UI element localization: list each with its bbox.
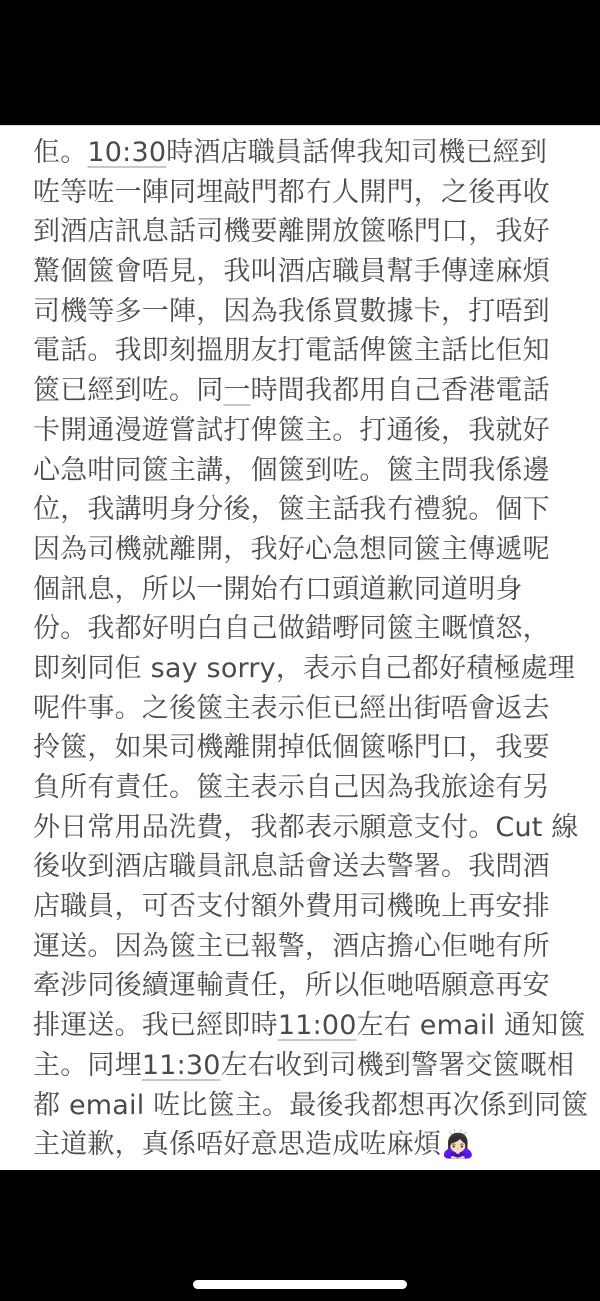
- text-line: 排運送。我已經即時11:00左右 email 通知篋: [33, 1006, 567, 1046]
- text-segment: 外日常用品洗費，我都表示願意支付。Cut 線: [33, 812, 579, 843]
- text-line: 咗等咗一陣同埋敲門都冇人開門，之後再收: [33, 173, 567, 213]
- bowing-woman-emoji: 🙇🏻‍♀️: [441, 1129, 475, 1160]
- phone-screenshot: 佢。10:30時酒店職員話俾我知司機已經到咗等咗一陣同埋敲門都冇人開門，之後再收…: [0, 0, 600, 1301]
- text-line: 外日常用品洗費，我都表示願意支付。Cut 線: [33, 808, 567, 848]
- text-segment: 電話。我即刻搵朋友打電話俾篋主話比佢知: [33, 335, 550, 366]
- text-line: 份。我都好明白自己做錯嘢同篋主嘅憤怒，: [33, 609, 567, 649]
- text-line: 篋已經到咗。同一時間我都用自己香港電話: [33, 371, 567, 411]
- text-line: 佢。10:30時酒店職員話俾我知司機已經到: [33, 133, 567, 173]
- text-line: 運送。因為篋主已報警，酒店擔心佢哋有所: [33, 927, 567, 967]
- underlined-text: 11:00: [278, 1010, 357, 1041]
- text-segment: 牽涉同後續運輸責任，所以佢哋唔願意再安: [33, 970, 550, 1001]
- text-segment: 驚個篋會唔見，我叫酒店職員幫手傳達麻煩: [33, 256, 550, 287]
- text-segment: 份。我都好明白自己做錯嘢同篋主嘅憤怒，: [33, 613, 550, 644]
- underlined-text: 一: [223, 375, 250, 406]
- text-segment: 位，我講明身分後，篋主話我冇禮貌。個下: [33, 494, 550, 525]
- text-segment: 到酒店訊息話司機要離開放篋喺門口，我好: [33, 216, 550, 247]
- text-line: 電話。我即刻搵朋友打電話俾篋主話比佢知: [33, 331, 567, 371]
- text-line: 拎篋，如果司機離開掉低個篋喺門口，我要: [33, 728, 567, 768]
- top-letterbox-bar: [0, 0, 600, 126]
- text-segment: 司機等多一陣，因為我係買數據卡，打唔到: [33, 296, 550, 327]
- bottom-letterbox-bar: [0, 1170, 600, 1301]
- underlined-text: 10:30: [87, 137, 166, 168]
- text-segment: 個訊息，所以一開始冇口頭道歉同道明身: [33, 574, 523, 605]
- text-line: 司機等多一陣，因為我係買數據卡，打唔到: [33, 292, 567, 332]
- text-segment: 後收到酒店職員訊息話會送去警署。我問酒: [33, 851, 550, 882]
- text-segment: 拎篋，如果司機離開掉低個篋喺門口，我要: [33, 732, 550, 763]
- text-line: 個訊息，所以一開始冇口頭道歉同道明身: [33, 570, 567, 610]
- text-segment: 卡開通漫遊嘗試打俾篋主。打通後，我就好: [33, 415, 550, 446]
- text-segment: 店職員，可否支付額外費用司機晚上再安排: [33, 891, 550, 922]
- text-line: 負所有責任。篋主表示自己因為我旅途有另: [33, 768, 567, 808]
- text-segment: 因為司機就離開，我好心急想同篋主傳遞呢: [33, 534, 550, 565]
- text-line: 驚個篋會唔見，我叫酒店職員幫手傳達麻煩: [33, 252, 567, 292]
- text-segment: 咗等咗一陣同埋敲門都冇人開門，之後再收: [33, 177, 550, 208]
- text-line: 即刻同佢 say sorry，表示自己都好積極處理: [33, 649, 567, 689]
- text-line: 卡開通漫遊嘗試打俾篋主。打通後，我就好: [33, 411, 567, 451]
- text-segment: 呢件事。之後篋主表示佢已經出街唔會返去: [33, 693, 550, 724]
- text-line: 主道歉，真係唔好意思造成咗麻煩🙇🏻‍♀️: [33, 1125, 567, 1165]
- text-segment: 時間我都用自己香港電話: [251, 375, 550, 406]
- text-line: 心急咁同篋主講，個篋到咗。篋主問我係邊: [33, 451, 567, 491]
- text-line: 到酒店訊息話司機要離開放篋喺門口，我好: [33, 212, 567, 252]
- text-segment: 佢。: [33, 137, 87, 168]
- text-segment: 時酒店職員話俾我知司機已經到: [166, 137, 547, 168]
- text-segment: 即刻同佢 say sorry，表示自己都好積極處理: [33, 653, 575, 684]
- post-text-content: 佢。10:30時酒店職員話俾我知司機已經到咗等咗一陣同埋敲門都冇人開門，之後再收…: [0, 125, 600, 1170]
- text-segment: 左右收到司機到警署交篋嘅相: [221, 1050, 575, 1081]
- text-segment: 排運送。我已經即時: [33, 1010, 278, 1041]
- text-line: 因為司機就離開，我好心急想同篋主傳遞呢: [33, 530, 567, 570]
- text-segment: 負所有責任。篋主表示自己因為我旅途有另: [33, 772, 550, 803]
- text-line: 牽涉同後續運輸責任，所以佢哋唔願意再安: [33, 966, 567, 1006]
- text-line: 店職員，可否支付額外費用司機晚上再安排: [33, 887, 567, 927]
- text-line: 主。同埋11:30左右收到司機到警署交篋嘅相: [33, 1046, 567, 1086]
- text-segment: 心急咁同篋主講，個篋到咗。篋主問我係邊: [33, 455, 550, 486]
- text-segment: 都 email 咗比篋主。最後我都想再次係到同篋: [33, 1090, 588, 1121]
- text-line: 後收到酒店職員訊息話會送去警署。我問酒: [33, 847, 567, 887]
- text-line: 都 email 咗比篋主。最後我都想再次係到同篋: [33, 1086, 567, 1126]
- text-segment: 運送。因為篋主已報警，酒店擔心佢哋有所: [33, 931, 550, 962]
- text-segment: 左右 email 通知篋: [357, 1010, 586, 1041]
- text-line: 呢件事。之後篋主表示佢已經出街唔會返去: [33, 689, 567, 729]
- home-indicator[interactable]: [193, 1280, 407, 1289]
- underlined-text: 11:30: [142, 1050, 221, 1081]
- text-segment: 篋已經到咗。同: [33, 375, 223, 406]
- text-line: 位，我講明身分後，篋主話我冇禮貌。個下: [33, 490, 567, 530]
- text-segment: 主道歉，真係唔好意思造成咗麻煩: [33, 1129, 441, 1160]
- text-segment: 主。同埋: [33, 1050, 142, 1081]
